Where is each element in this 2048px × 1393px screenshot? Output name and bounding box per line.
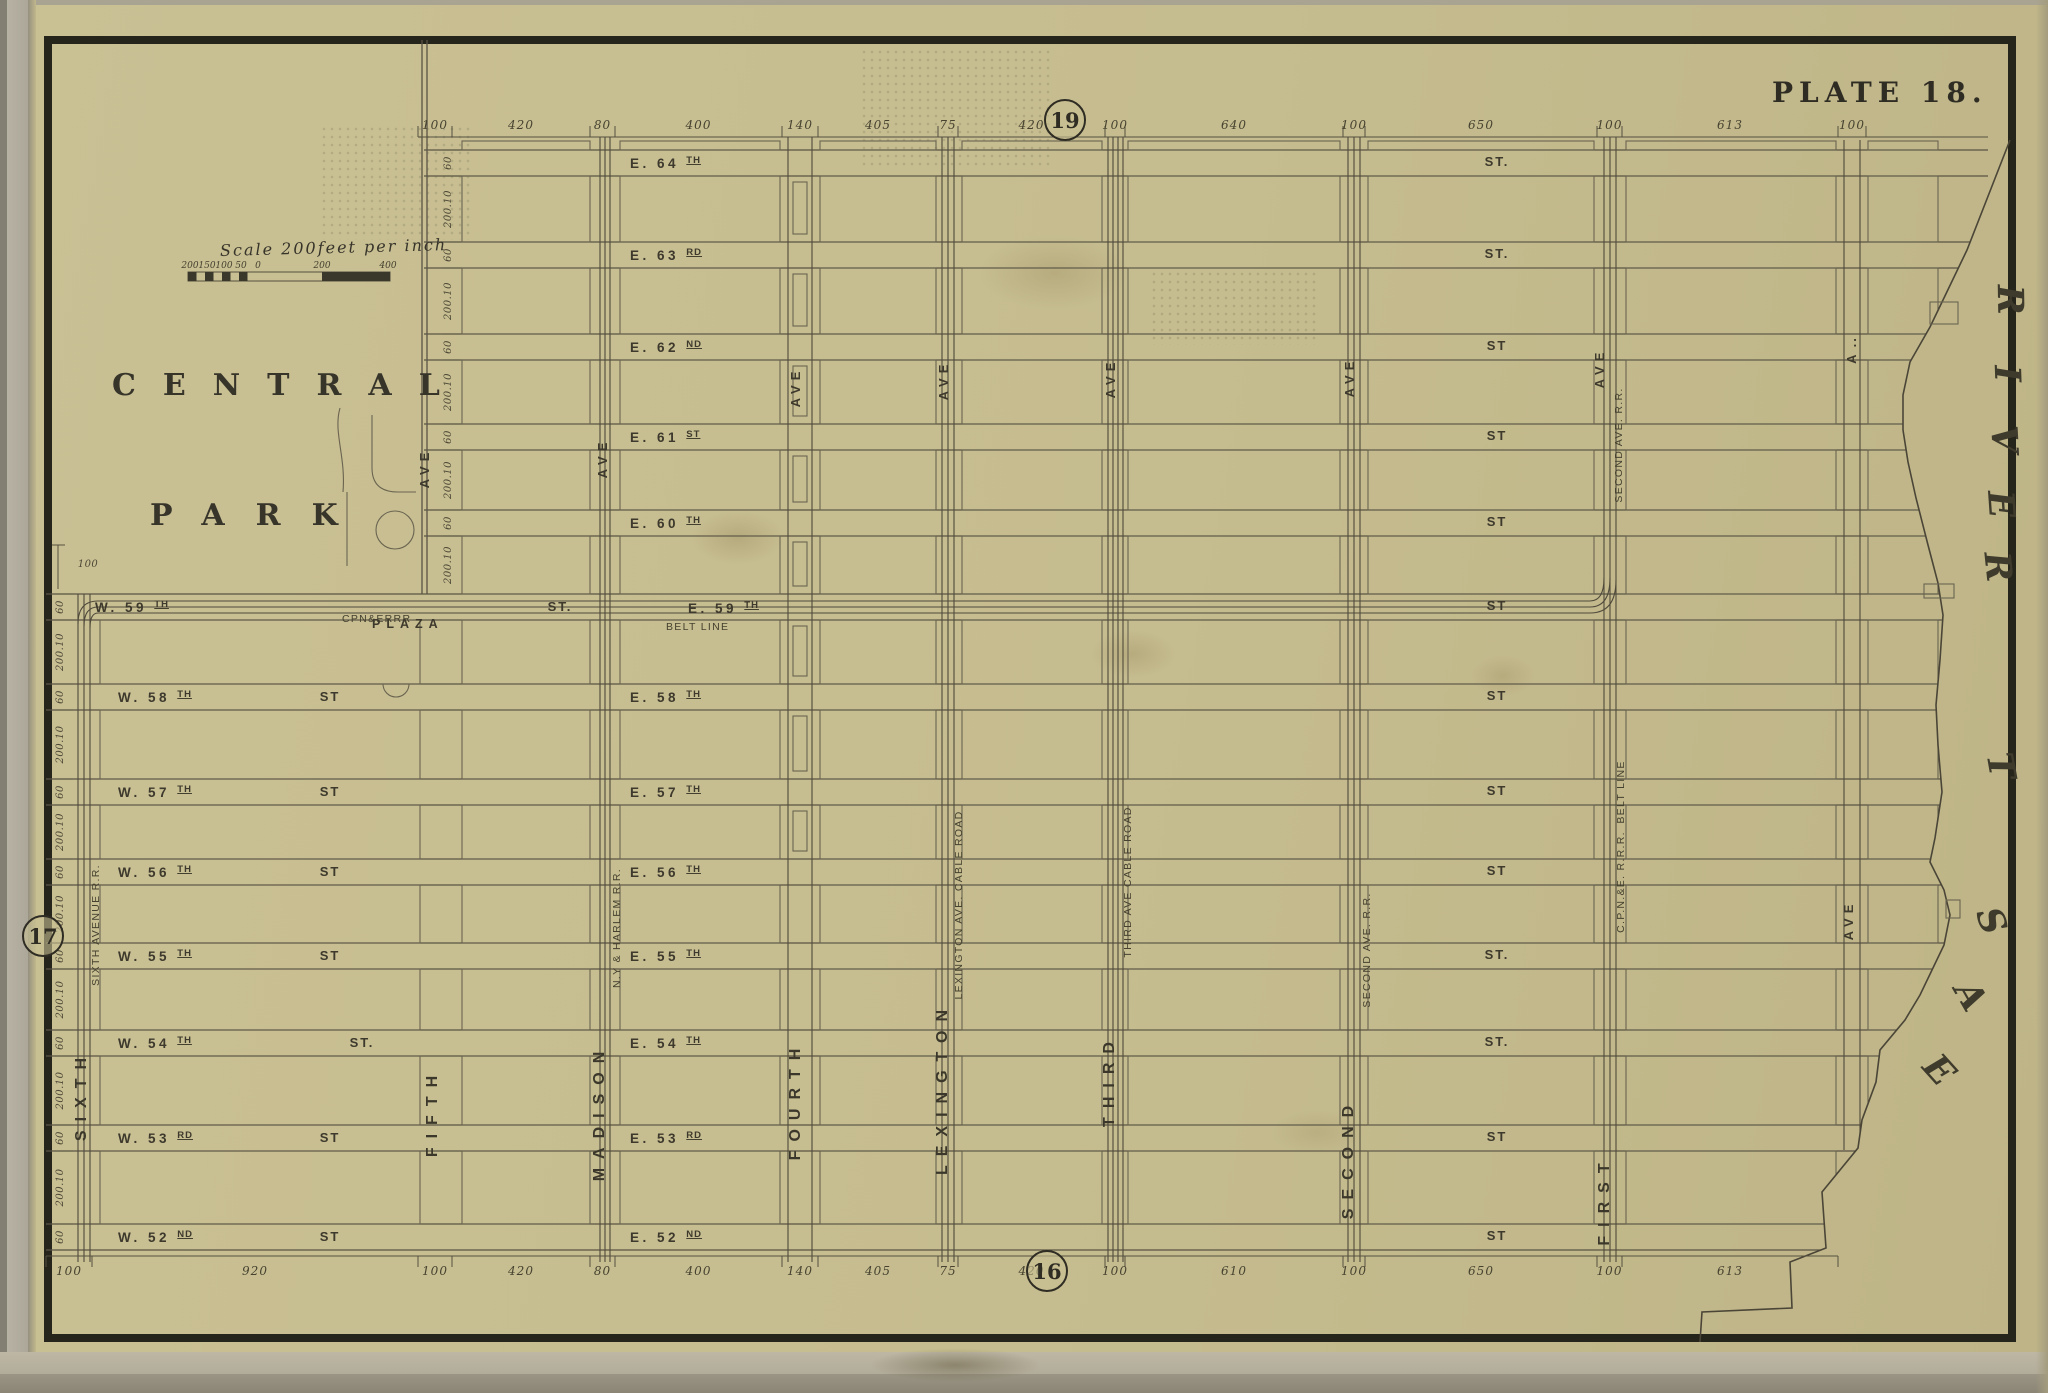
street-label-w56: W. 56 TH (118, 864, 192, 880)
dimension-top: 100 (1341, 118, 1367, 132)
map-svg: 1004208040014040575420100640100650100613… (0, 0, 2048, 1393)
east-river-label: I (1986, 363, 2029, 383)
avenue-top-label-lexington: AVE (936, 360, 951, 401)
scale-ruler-number: 400 (378, 261, 396, 271)
street-label-e63: E. 63 RD (630, 247, 702, 263)
dimension-bottom: 920 (242, 1264, 268, 1278)
dimension-top: 420 (507, 118, 534, 132)
street-label-e58-st: ST (1487, 688, 1508, 703)
dimension-bottom: 100 (1102, 1264, 1128, 1278)
avenue-name-lexington: LEXINGTON (934, 1001, 951, 1175)
railroad-label-first-cpne: C.P.N.&E. R.R.R. (1615, 831, 1627, 933)
street-label-e53-st: ST (1487, 1129, 1508, 1144)
dimension-bottom: 613 (1717, 1264, 1743, 1278)
city-block (1128, 710, 1340, 779)
city-block (962, 620, 1102, 684)
city-block (100, 1151, 420, 1224)
dimension-top: 613 (1717, 118, 1743, 132)
city-block (1868, 268, 1938, 334)
street-label-w55-st: ST (320, 948, 341, 963)
scale-ruler-number: 100 (215, 261, 232, 271)
fourth-ave-median (793, 456, 807, 502)
east-river-shoreline (1700, 140, 2010, 1342)
city-block (1868, 141, 1938, 150)
central-park-label-line2: PARK (150, 498, 369, 533)
scale-bar-segment (205, 272, 214, 281)
street-grid (46, 40, 1988, 1262)
city-block (100, 710, 420, 779)
street-label-e56-st: ST (1487, 863, 1508, 878)
city-block (1626, 805, 1836, 859)
city-block (1368, 710, 1594, 779)
dimension-bottom: 80 (594, 1264, 611, 1278)
avenue-name-madison: MADISON (591, 1043, 608, 1182)
street-label-w58: W. 58 TH (118, 689, 192, 705)
dimension-top: 400 (685, 118, 712, 132)
street-label-e52-st: ST (1487, 1228, 1508, 1243)
avenue-name-second: SECOND (1340, 1097, 1357, 1219)
city-block (462, 536, 590, 594)
scale-bar-segment (239, 272, 248, 281)
city-block (1368, 141, 1594, 150)
avenue-name-sixth: SIXTH (73, 1049, 90, 1141)
street-label-w59-st: ST. (548, 599, 573, 614)
city-block (1368, 1151, 1594, 1224)
park-frontage-tick (52, 545, 65, 589)
pier (1930, 302, 1958, 324)
city-block (962, 1151, 1102, 1224)
lot-dim: 200.10 (443, 190, 454, 229)
street-label-e64-st: ST. (1485, 154, 1510, 169)
city-block (1128, 969, 1340, 1030)
scale-ruler-number: 150 (198, 261, 215, 271)
avenue-a-name: AVE (1841, 900, 1856, 941)
dimension-bottom: 100 (56, 1264, 82, 1278)
atlas-page: { "plate": { "title": "PLATE 18." }, "ad… (0, 0, 2048, 1393)
adjacent-plate-ref-left: 17 (22, 915, 64, 957)
avenue-name-third: THIRD (1101, 1033, 1118, 1127)
city-block (100, 805, 420, 859)
city-block (462, 885, 590, 943)
city-block (462, 969, 590, 1030)
dimension-top: 100 (1597, 118, 1623, 132)
scale-bar-segment (188, 272, 197, 281)
lot-dim: 60 (443, 156, 454, 170)
lot-dim: 60 (443, 340, 454, 354)
city-block (962, 360, 1102, 424)
city-block (1368, 620, 1594, 684)
city-block (962, 536, 1102, 594)
city-block (1626, 176, 1836, 242)
city-block (100, 969, 420, 1030)
railroad-label-first-secondave: SECOND AVE. R.R. (1613, 387, 1625, 502)
city-block (1368, 969, 1594, 1030)
street-label-e60-st: ST (1487, 514, 1508, 529)
city-block (620, 268, 780, 334)
lot-dim: 200.10 (55, 980, 66, 1019)
street-label-e53: E. 53 RD (630, 1130, 702, 1146)
lot-dim: 60 (55, 1131, 66, 1145)
dimension-top: 100 (1839, 118, 1865, 132)
city-block (1626, 1151, 1836, 1224)
city-block (462, 1151, 590, 1224)
avenue-top-label-fourth: AVE (788, 367, 803, 408)
street-label-w57-st: ST (320, 784, 341, 799)
city-block (1128, 805, 1340, 859)
city-block (1868, 805, 1938, 859)
city-block (962, 268, 1102, 334)
city-block (962, 450, 1102, 510)
city-block (962, 805, 1102, 859)
east-river-label: R (1989, 283, 2032, 315)
east-river-label: E (1979, 488, 2023, 520)
city-block (1868, 450, 1938, 510)
city-block (1128, 620, 1340, 684)
city-block (620, 885, 780, 943)
scale-bar-segment (222, 272, 231, 281)
city-block (1368, 1056, 1594, 1125)
city-block (820, 620, 936, 684)
street-label-w52: W. 52 ND (118, 1229, 193, 1245)
city-block (1868, 885, 1938, 943)
city-block (962, 710, 1102, 779)
railroad-label-lexington: LEXINGTON AVE. CABLE ROAD (953, 810, 965, 999)
fourth-ave-median (793, 626, 807, 676)
city-block (1868, 176, 1938, 242)
city-block (620, 1151, 780, 1224)
lot-dim: 200.10 (55, 813, 66, 852)
street-label-e58: E. 58 TH (630, 689, 701, 705)
city-block (820, 360, 936, 424)
city-block (1626, 710, 1836, 779)
street-label-e56: E. 56 TH (630, 864, 701, 880)
city-block (1626, 450, 1836, 510)
street-label-w58-st: ST (320, 689, 341, 704)
city-block (1128, 176, 1340, 242)
map-border (48, 40, 2012, 1338)
fourth-ave-median (793, 811, 807, 851)
city-block (1626, 1056, 1836, 1125)
east-river-label: T (1978, 749, 2024, 785)
dimension-top: 140 (787, 118, 813, 132)
park-path (372, 415, 416, 492)
lot-dim: 200.10 (55, 633, 66, 672)
city-block (820, 450, 936, 510)
city-block (1128, 268, 1340, 334)
city-block (620, 969, 780, 1030)
city-block (1626, 620, 1836, 684)
city-block (962, 885, 1102, 943)
street-label-e61: E. 61 ST (630, 429, 700, 445)
city-block (962, 1056, 1102, 1125)
city-block (462, 141, 590, 150)
city-block (962, 969, 1102, 1030)
city-block (1368, 360, 1594, 424)
lot-dim: 200.10 (443, 282, 454, 321)
railroad-label-sixth: SIXTH AVENUE R.R. (90, 864, 102, 986)
lot-dim: 200.10 (443, 461, 454, 500)
city-block (1128, 450, 1340, 510)
plate-title: PLATE 18. (1772, 76, 1988, 109)
central-park-label-line1: CENTRAL (112, 368, 467, 403)
dimension-top: 420 (1018, 118, 1045, 132)
scale-ruler-number: 200 (180, 261, 198, 271)
city-block (1626, 141, 1836, 150)
lot-dim: 200.10 (55, 1071, 66, 1110)
city-block (1868, 710, 1938, 779)
street-label-e62-st: ST (1487, 338, 1508, 353)
city-block (820, 268, 936, 334)
city-block (1368, 450, 1594, 510)
scale-bar-segment (322, 272, 390, 281)
city-block (462, 1056, 590, 1125)
street-label-e54-st: ST. (1485, 1034, 1510, 1049)
fourth-ave-median (793, 716, 807, 771)
track-curve (1590, 578, 1604, 601)
dimension-bottom: 650 (1468, 1264, 1494, 1278)
dimension-top: 100 (1102, 118, 1128, 132)
street-label-w56-st: ST (320, 864, 341, 879)
lot-dim: 60 (55, 600, 66, 614)
city-block (1368, 536, 1594, 594)
city-block (1368, 176, 1594, 242)
east-river-label: R (1975, 549, 2020, 584)
street-label-w57: W. 57 TH (118, 784, 192, 800)
east-river-label: A (1944, 971, 1996, 1019)
city-block (620, 536, 780, 594)
lot-dim: 200.10 (55, 725, 66, 764)
city-block (620, 710, 780, 779)
fourth-ave-median (793, 542, 807, 586)
street-label-w53: W. 53 RD (118, 1130, 193, 1146)
city-block (462, 176, 590, 242)
city-block (1368, 268, 1594, 334)
city-block (820, 176, 936, 242)
street-label-e63-st: ST. (1485, 246, 1510, 261)
avenue-a-tag: A .. (1844, 336, 1859, 364)
city-block (1626, 969, 1836, 1030)
scale-bar (188, 272, 390, 281)
city-block (620, 360, 780, 424)
avenue-top-label-madison: AVE (595, 438, 610, 479)
city-block (1128, 1056, 1340, 1125)
plaza-label: PLAZA (372, 617, 444, 631)
city-block (1128, 1151, 1340, 1224)
city-block (620, 450, 780, 510)
dimension-top: 405 (864, 118, 891, 132)
city-block (620, 805, 780, 859)
railroad-label-madison: N.Y & HARLEM R.R. (611, 868, 623, 988)
lot-dim: 200.10 (443, 546, 454, 585)
city-block (820, 885, 936, 943)
lot-dim: 60 (55, 690, 66, 704)
city-block (1128, 360, 1340, 424)
track-curve (1590, 578, 1610, 607)
dimension-top: 640 (1221, 118, 1247, 132)
dimension-bottom: 400 (685, 1264, 712, 1278)
dimension-top: 650 (1468, 118, 1494, 132)
lot-dim: 60 (443, 516, 454, 530)
lot-dim: 60 (55, 785, 66, 799)
city-block (1626, 268, 1836, 334)
city-block (462, 805, 590, 859)
railroad-label-first-beltline: BELT LINE (1615, 760, 1627, 823)
city-block (1626, 360, 1836, 424)
city-block (620, 141, 780, 150)
street-label-e54: E. 54 TH (630, 1035, 701, 1051)
scale-ruler-number: 50 (235, 261, 247, 271)
scale-ruler-number: 0 (255, 261, 261, 271)
railroad-label-second: SECOND AVE. R.R. (1361, 892, 1373, 1007)
avenue-name-first: FIRST (1596, 1154, 1613, 1245)
city-block (620, 176, 780, 242)
city-block (1868, 620, 1938, 684)
fourth-ave-median (793, 274, 807, 326)
street-label-e64: E. 64 TH (630, 155, 701, 171)
lot-dim: 60 (55, 1230, 66, 1244)
city-block (100, 1056, 420, 1125)
city-block (962, 176, 1102, 242)
city-block (462, 710, 590, 779)
city-block (820, 805, 936, 859)
avenue-name-fifth: FIFTH (424, 1067, 441, 1157)
city-block (820, 1056, 936, 1125)
lot-dim: 60 (55, 865, 66, 879)
city-block (100, 885, 420, 943)
city-block (1368, 885, 1594, 943)
street-label-e61-st: ST (1487, 428, 1508, 443)
dimension-bottom: 405 (864, 1264, 891, 1278)
city-block (462, 360, 590, 424)
dimension-bottom: 100 (1597, 1264, 1623, 1278)
street-label-w54: W. 54 TH (118, 1035, 192, 1051)
park-frontage: 100 (78, 559, 99, 570)
city-block (1626, 885, 1836, 943)
city-block (820, 141, 936, 150)
avenue-top-label-first: AVE (1592, 348, 1607, 389)
street-label-e57: E. 57 TH (630, 784, 701, 800)
street-label-e55: E. 55 TH (630, 948, 701, 964)
railroad-label-beltline-59th: BELT LINE (666, 621, 729, 633)
street-label-e59-st: ST (1487, 598, 1508, 613)
avenue-name-fourth: FOURTH (787, 1040, 804, 1161)
east-river-label: V (1982, 424, 2026, 457)
plaza-semicircle (383, 684, 409, 697)
railroad-label-third: THIRD AVE CABLE ROAD (1122, 806, 1134, 957)
street-label-e52: E. 52 ND (630, 1229, 702, 1245)
dimension-bottom: 610 (1221, 1264, 1247, 1278)
street-label-e60: E. 60 TH (630, 515, 701, 531)
street-label-e59: E. 59 TH (688, 600, 759, 616)
city-block (820, 536, 936, 594)
city-block (1868, 1151, 1938, 1224)
lot-dim: 60 (443, 430, 454, 444)
avenue-top-label-second: AVE (1342, 357, 1357, 398)
city-block (462, 620, 590, 684)
city-block (620, 1056, 780, 1125)
east-river-label: E (1913, 1045, 1964, 1095)
city-block (820, 710, 936, 779)
avenue-top-label-fifth: AVE (417, 448, 432, 489)
scale-ruler-number: 200 (312, 261, 330, 271)
street-label-w53-st: ST (320, 1130, 341, 1145)
street-label-w55: W. 55 TH (118, 948, 192, 964)
dimension-bottom: 100 (422, 1264, 448, 1278)
city-block (1128, 536, 1340, 594)
dimension-top: 75 (939, 118, 956, 132)
city-block (820, 969, 936, 1030)
lot-dim: 60 (55, 1036, 66, 1050)
city-block (1128, 885, 1340, 943)
dimension-top: 80 (594, 118, 611, 132)
dimension-bottom: 75 (939, 1264, 956, 1278)
park-pond (376, 511, 414, 549)
fourth-ave-median (793, 182, 807, 234)
street-label-e62: E. 62 ND (630, 339, 702, 355)
dimension-bottom: 420 (507, 1264, 534, 1278)
dimension-top: 100 (422, 118, 448, 132)
street-label-w52-st: ST (320, 1229, 341, 1244)
city-block (462, 268, 590, 334)
dimension-bottom: 100 (1341, 1264, 1367, 1278)
adjacent-plate-ref-bottom: 16 (1026, 1250, 1068, 1292)
lot-dim: 200.10 (55, 1168, 66, 1207)
avenue-top-label-third: AVE (1103, 358, 1118, 399)
city-block (462, 450, 590, 510)
dimension-bottom: 140 (787, 1264, 813, 1278)
street-label-e57-st: ST (1487, 783, 1508, 798)
street-label-w54-st: ST. (350, 1035, 375, 1050)
city-block (820, 1151, 936, 1224)
city-block (1128, 141, 1340, 150)
adjacent-plate-ref-top: 19 (1044, 99, 1086, 141)
city-block (1368, 805, 1594, 859)
city-block (1626, 536, 1836, 594)
park-path (338, 408, 344, 492)
street-label-e55-st: ST. (1485, 947, 1510, 962)
city-block (962, 141, 1102, 150)
